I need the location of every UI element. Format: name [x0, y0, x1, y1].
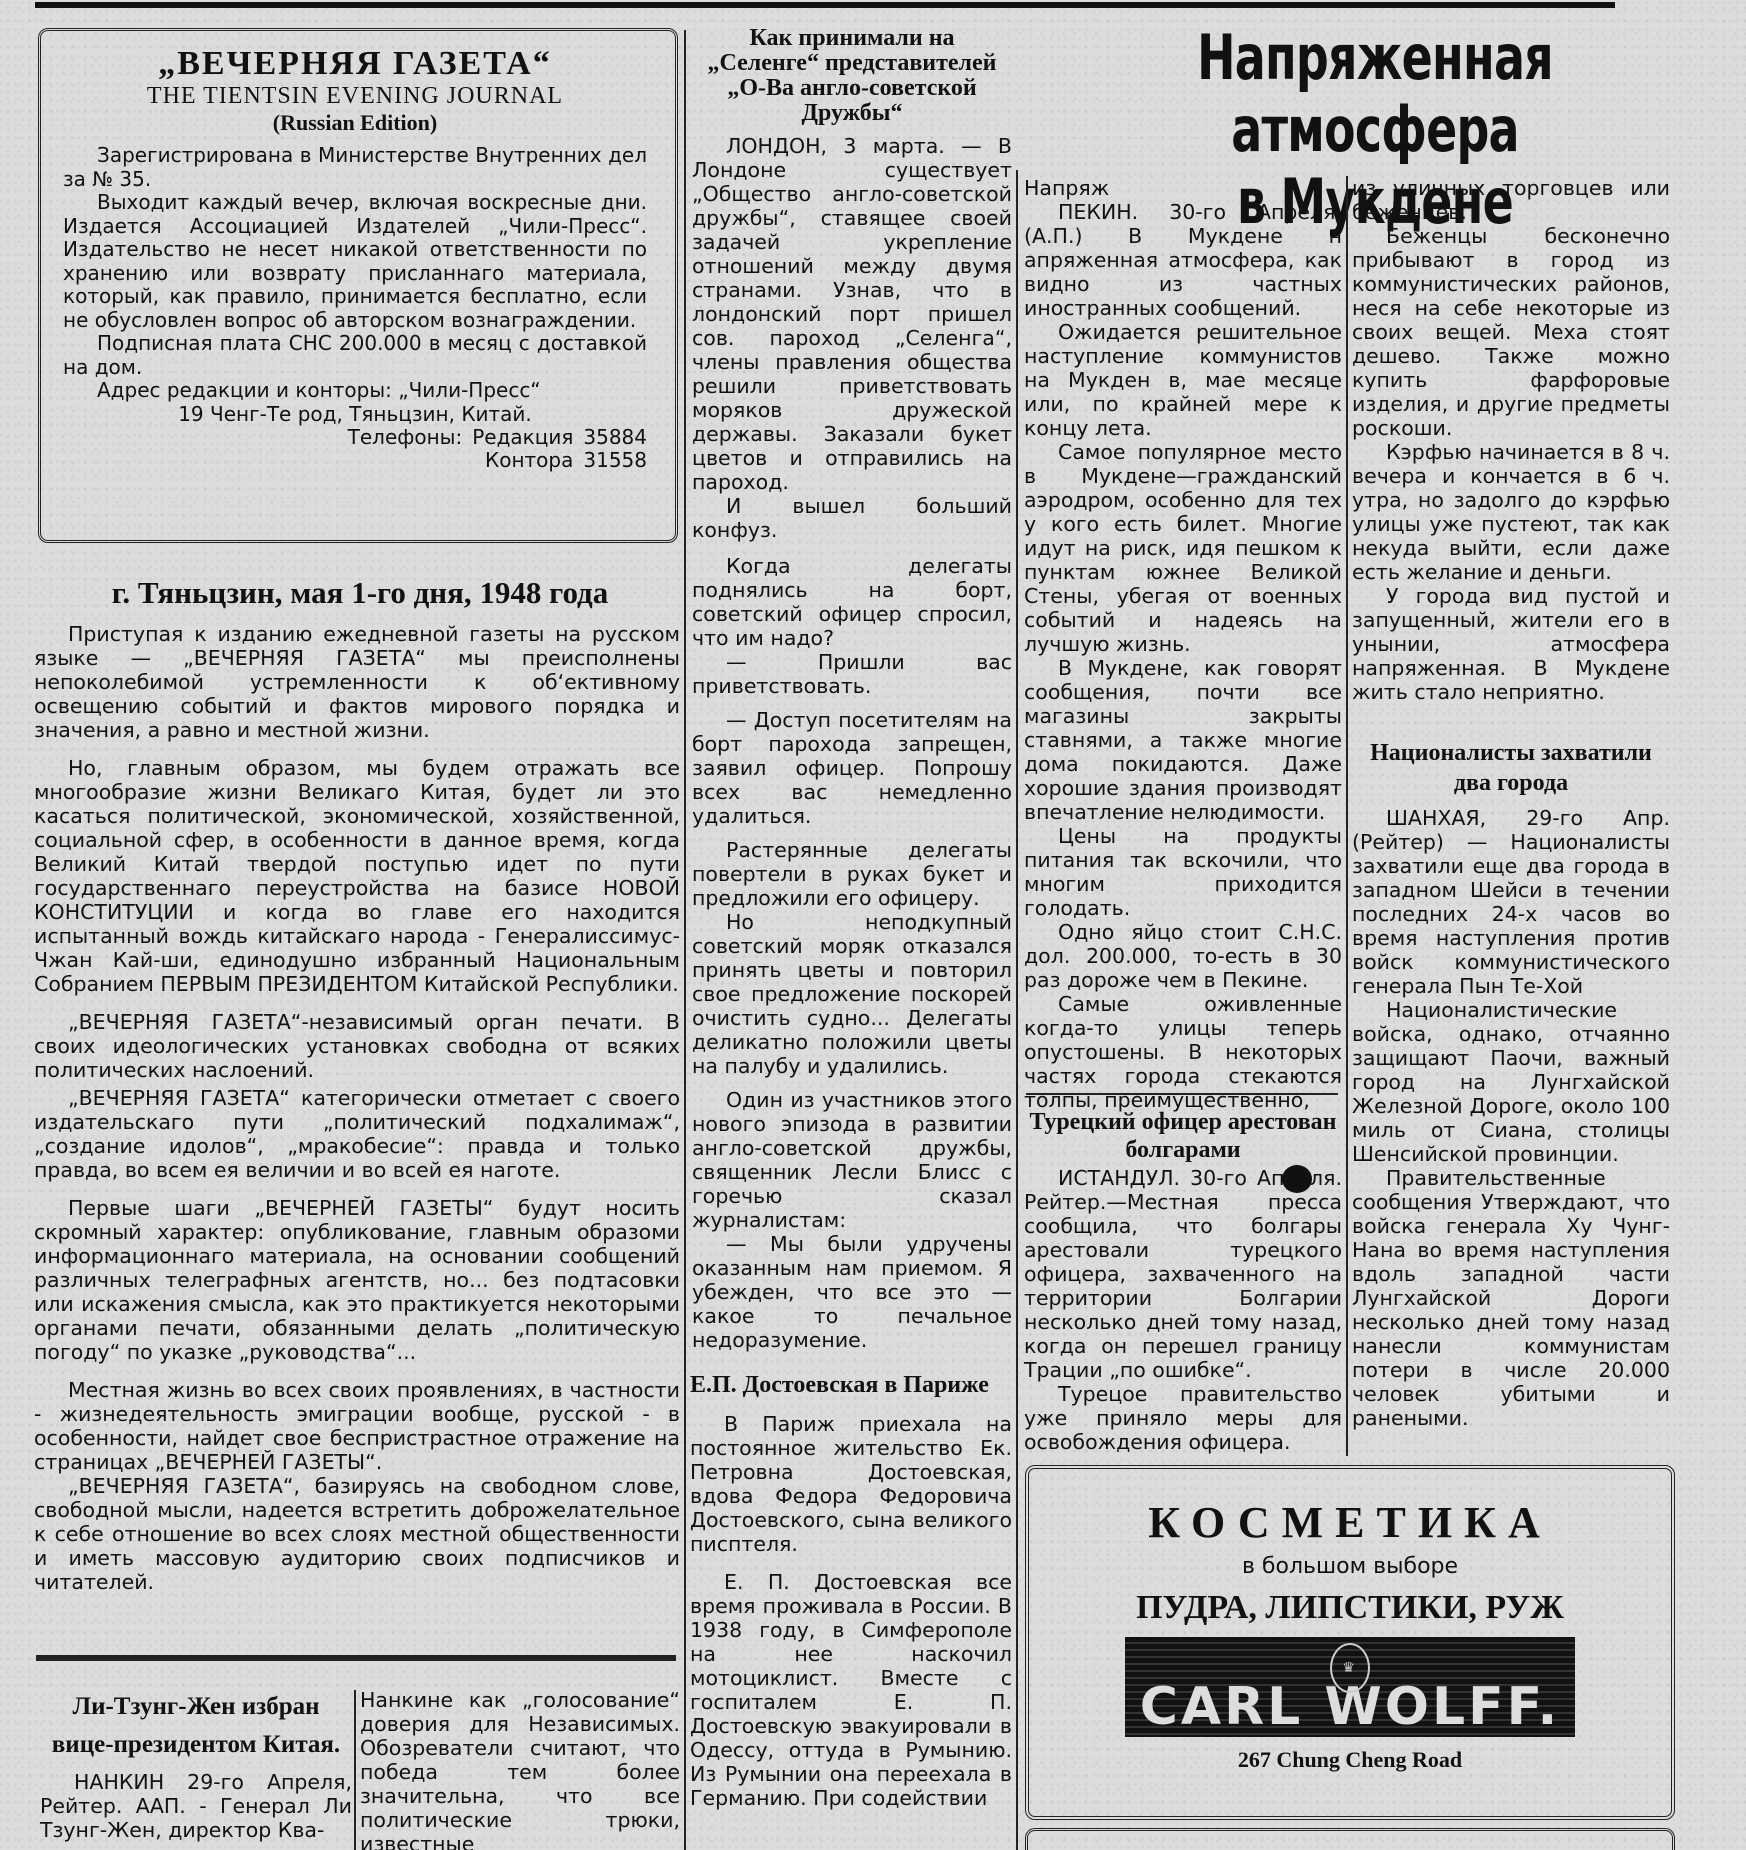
selenga-paragraph: Один из участников этого нового эпизода … — [692, 1088, 1012, 1232]
masthead-box: „ВЕЧЕРНЯЯ ГАЗЕТА“ THE TIENTSIN EVENING J… — [38, 28, 678, 543]
editorial-paragraph: Первые шаги „ВЕЧЕРНЕЙ ГАЗЕТЫ“ будут носи… — [34, 1196, 680, 1364]
editorial-paragraph: Но, главным образом, мы будем отражать в… — [34, 756, 680, 996]
ad-subtitle: в большом выборе — [1029, 1554, 1671, 1579]
nationalists-paragraph: Националистические войска, однако, отчая… — [1352, 998, 1670, 1166]
address-label: Адрес редакции и конторы: „Чили-Пресс“ — [63, 379, 647, 403]
dostoevskaya-paragraph: Е. П. Достоевская все время проживала в … — [690, 1570, 1012, 1810]
column-rule — [1016, 170, 1018, 1850]
ink-blot — [1282, 1165, 1312, 1193]
address-text: 19 Ченг-Те род, Тяньцзин, Китай. — [63, 403, 647, 427]
masthead-title: „ВЕЧЕРНЯЯ ГАЗЕТА“ — [63, 45, 647, 83]
li-article-text: НАНКИН 29-го Апреля, Рейтер. ААП. - Гене… — [40, 1770, 352, 1842]
turkish-paragraph: Турецое правительство уже приняло меры д… — [1024, 1382, 1342, 1454]
mukden-paragraph: Ожидается решительное наступление коммун… — [1024, 320, 1342, 440]
selenga-paragraph: — Пришли вас приветствовать. — [692, 650, 1012, 698]
top-border-rule — [35, 2, 1615, 8]
subscription-text: Подписная плата СНС 200.000 в месяц с до… — [63, 332, 647, 379]
mukden-paragraph: Кэрфью начинается в 8 ч. вечера и кончае… — [1352, 440, 1670, 584]
turkish-paragraph: ИСТАНДУЛ. 30-го Апреля. Рейтер.—Местная … — [1024, 1166, 1342, 1382]
turkish-article: Турецкий офицер арестован болгарами ИСТА… — [1024, 1108, 1342, 1454]
editorial-article: Приступая к изданию ежедневной газеты на… — [34, 622, 680, 1594]
ad-brand-logo: ♛ CARL WOLFF. — [1125, 1637, 1575, 1737]
nationalists-paragraph: Правительственные сообщения Утверждают, … — [1352, 1166, 1670, 1430]
mukden-paragraph: Одно яйцо стоит С.Н.С. дол. 200.000, то-… — [1024, 920, 1342, 992]
column-rule — [354, 1690, 356, 1850]
column-rule — [1346, 176, 1348, 1456]
editorial-paragraph: Местная жизнь во всех своих проявлениях,… — [34, 1378, 680, 1474]
selenga-paragraph: Растерянные делегаты повертели в руках б… — [692, 838, 1012, 910]
ad-products: ПУДРА, ЛИПСТИКИ, РУЖ — [1029, 1589, 1671, 1627]
dostoevskaya-article: Е.П. Достоевская в Париже В Париж приеха… — [690, 1370, 1012, 1810]
mukden-paragraph: из уличных торговцев или беженцев. — [1352, 176, 1670, 224]
li-article-right: Нанкине как „голосование“ доверия для Не… — [360, 1688, 680, 1850]
phone-number-editorial: 35884 — [583, 426, 647, 449]
editorial-dateline: г. Тяньцзин, мая 1-го дня, 1948 года — [40, 575, 680, 611]
masthead-english-title: THE TIENTSIN EVENING JOURNAL — [63, 83, 647, 110]
dostoevskaya-headline: Е.П. Достоевская в Париже — [690, 1370, 1012, 1400]
dostoevskaya-paragraph: В Париж приехала на постоянное жительств… — [690, 1412, 1012, 1556]
editorial-paragraph: „ВЕЧЕРНЯЯ ГАЗЕТА“-независимый орган печа… — [34, 1010, 680, 1082]
section-divider — [36, 1655, 676, 1661]
editorial-paragraph: Приступая к изданию ежедневной газеты на… — [34, 622, 680, 742]
turkish-headline: Турецкий офицер арестован болгарами — [1024, 1108, 1342, 1164]
nationalists-paragraph: ШАНХАЯ, 29-го Апр. (Рейтер) — Националис… — [1352, 806, 1670, 998]
cosmetics-advertisement: КОСМЕТИКА в большом выборе ПУДРА, ЛИПСТИ… — [1025, 1465, 1675, 1820]
li-article-left: Ли-Тзунг-Жен избран вице-президентом Кит… — [40, 1688, 352, 1842]
registration-text: Зарегистрирована в Министерстве Внутренн… — [63, 144, 647, 191]
mukden-paragraph: Цены на продукты питания так вскочили, ч… — [1024, 824, 1342, 920]
mukden-headline-line1: Напряженная атмосфера — [1120, 22, 1631, 166]
phone-label-office: Контора — [472, 449, 573, 472]
selenga-headline: Как принимали на „Селенге“ представителе… — [692, 26, 1012, 126]
masthead-edition: (Russian Edition) — [63, 110, 647, 136]
selenga-paragraph: Когда делегаты поднялись на борт, советс… — [692, 554, 1012, 650]
phones-block: Телефоны: Редакция 35884 Контора 31558 — [173, 426, 647, 472]
mukden-article-left: Напряж ПЕКИН. 30-го Апреля, (А.П.) В Мук… — [1024, 176, 1342, 1112]
li-article-headline: Ли-Тзунг-Жен избран вице-президентом Кит… — [40, 1688, 352, 1764]
phone-label-editorial: Редакция — [472, 426, 573, 449]
article-divider — [1026, 1093, 1338, 1095]
mukden-paragraph: Беженцы бесконечно прибывают в город из … — [1352, 224, 1670, 440]
ad-address: 267 Chung Cheng Road — [1029, 1747, 1671, 1773]
nationalists-article: Националисты захватили два города ШАНХАЯ… — [1352, 738, 1670, 1430]
crest-icon: ♛ — [1330, 1643, 1370, 1693]
selenga-paragraph: И вышел больший конфуз. — [692, 494, 1012, 542]
ad-title: КОСМЕТИКА — [1029, 1497, 1671, 1548]
mukden-paragraph: У города вид пустой и запущенный, жители… — [1352, 584, 1670, 704]
nationalists-headline: Националисты захватили два города — [1352, 738, 1670, 798]
next-advertisement-border — [1025, 1828, 1675, 1850]
editorial-paragraph: „ВЕЧЕРНЯЯ ГАЗЕТА“, базируясь на свободно… — [34, 1474, 680, 1594]
newspaper-page: „ВЕЧЕРНЯЯ ГАЗЕТА“ THE TIENTSIN EVENING J… — [0, 0, 1746, 1850]
phone-number-office: 31558 — [583, 449, 647, 472]
publishing-text: Выходит каждый вечер, включая воскресные… — [63, 191, 647, 332]
selenga-article: Как принимали на „Селенге“ представителе… — [692, 26, 1012, 1352]
mukden-paragraph: Самое популярное место в Мукдене—граждан… — [1024, 440, 1342, 656]
mukden-paragraph: В Мукдене, как говорят сообщения, почти … — [1024, 656, 1342, 824]
selenga-paragraph: — Доступ посетителям на борт парохода за… — [692, 708, 1012, 828]
masthead-info: Зарегистрирована в Министерстве Внутренн… — [63, 144, 647, 426]
selenga-paragraph: Но неподкупный советский моряк отказался… — [692, 910, 1012, 1078]
li-article-continuation: Нанкине как „голосование“ доверия для Не… — [360, 1688, 680, 1850]
editorial-paragraph: „ВЕЧЕРНЯЯ ГАЗЕТА“ категорически отметает… — [34, 1086, 680, 1182]
column-rule — [684, 30, 686, 1850]
selenga-paragraph: — Мы были удручены оказанным нам приемом… — [692, 1232, 1012, 1352]
mukden-paragraph: Напряж — [1024, 176, 1342, 200]
phones-label: Телефоны: — [173, 426, 462, 449]
selenga-paragraph: ЛОНДОН, 3 марта. — В Лондоне существует … — [692, 134, 1012, 494]
mukden-paragraph: ПЕКИН. 30-го Апреля, (А.П.) В Мукдене н … — [1024, 200, 1342, 320]
mukden-article-right: из уличных торговцев или беженцев. Бежен… — [1352, 176, 1670, 704]
